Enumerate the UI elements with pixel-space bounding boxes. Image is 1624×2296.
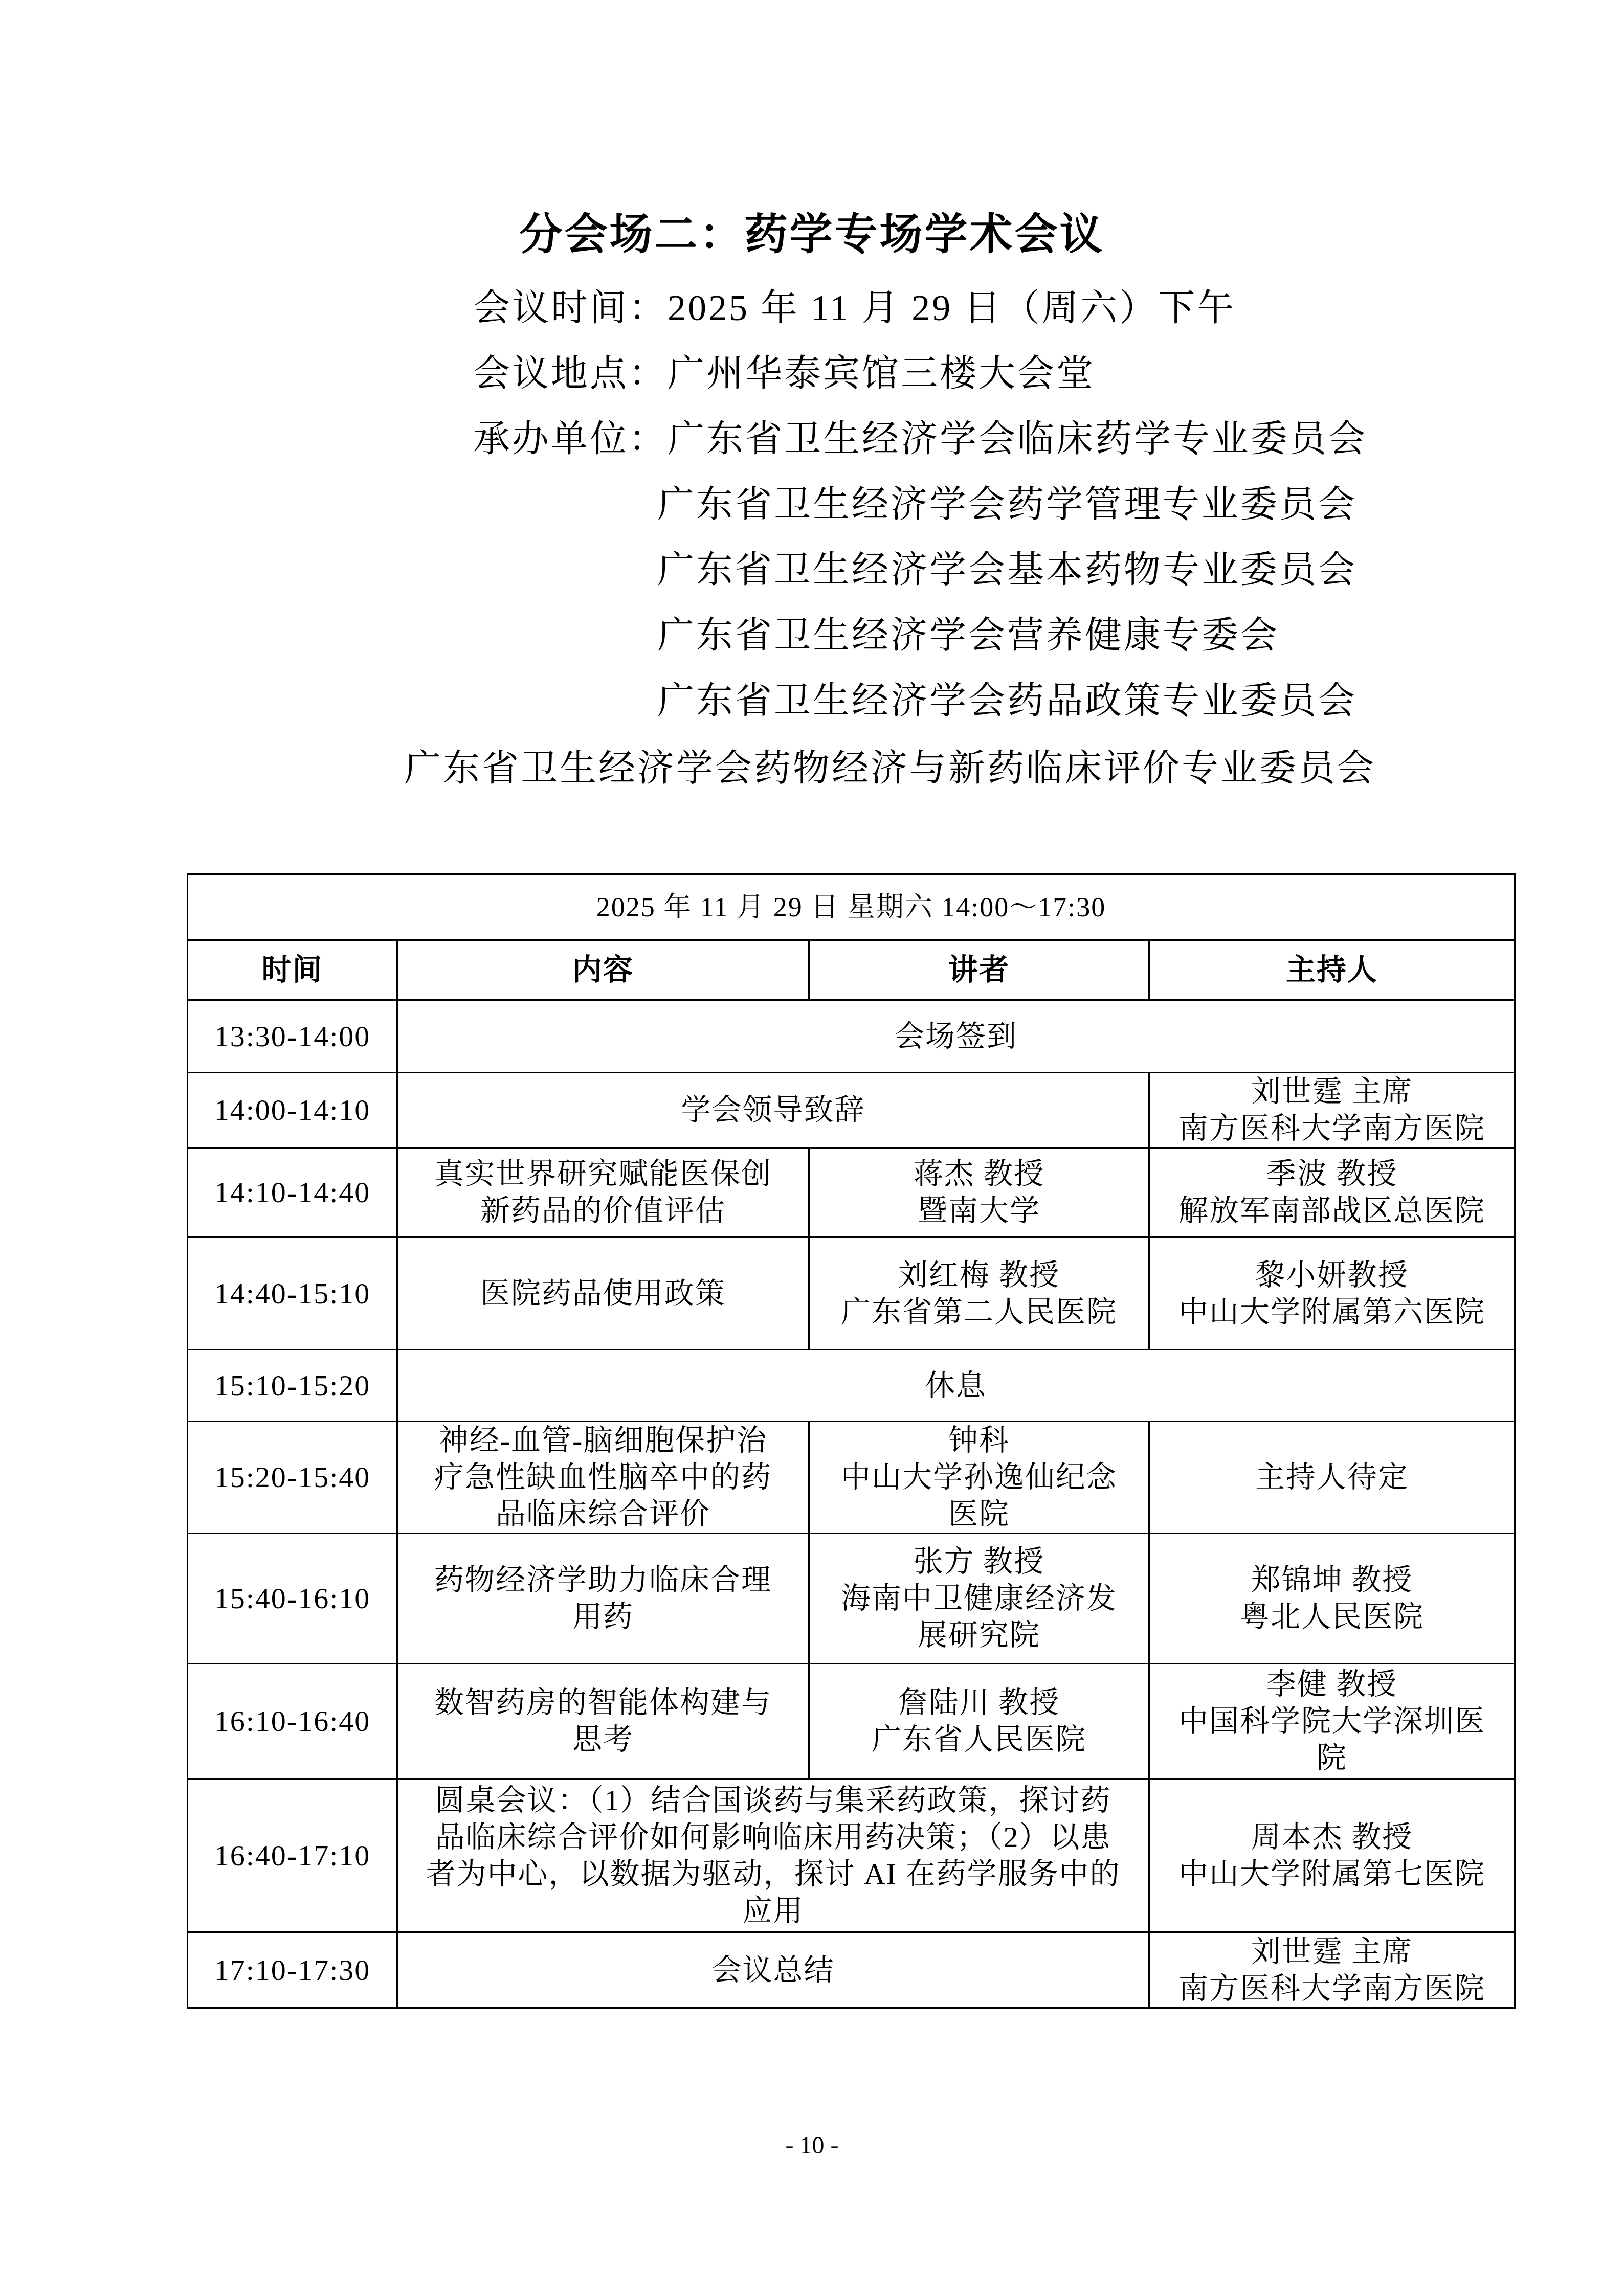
speaker-name: 詹陆川 教授 bbox=[817, 1684, 1141, 1721]
content-line: 数智药房的智能体构建与 bbox=[405, 1684, 801, 1721]
date-header: 2025 年 11 月 29 日 星期六 14:00～17:30 bbox=[188, 874, 1515, 940]
time-cell: 16:40-17:10 bbox=[188, 1779, 397, 1932]
host-name: 李健 教授 bbox=[1157, 1666, 1507, 1703]
time-cell: 13:30-14:00 bbox=[188, 1000, 397, 1073]
meeting-time: 会议时间：2025 年 11 月 29 日（周六）下午 bbox=[473, 282, 1236, 333]
host-affiliation: 粤北人民医院 bbox=[1157, 1599, 1507, 1635]
host-name: 季波 教授 bbox=[1157, 1156, 1507, 1192]
table-row: 15:40-16:10 药物经济学助力临床合理 用药 张方 教授 海南中卫健康经… bbox=[188, 1534, 1515, 1664]
content-line: 应用 bbox=[405, 1893, 1141, 1929]
content-line: 用药 bbox=[405, 1599, 801, 1635]
meeting-time-value: 2025 年 11 月 29 日（周六）下午 bbox=[668, 287, 1236, 328]
content-line: 真实世界研究赋能医保创 bbox=[405, 1156, 801, 1192]
page-title: 分会场二：药学专场学术会议 bbox=[0, 207, 1624, 263]
date-header-row: 2025 年 11 月 29 日 星期六 14:00～17:30 bbox=[188, 874, 1515, 940]
host-affiliation: 南方医科大学南方医院 bbox=[1157, 1970, 1507, 2007]
table-row: 14:40-15:10 医院药品使用政策 刘红梅 教授 广东省第二人民医院 黎小… bbox=[188, 1237, 1515, 1350]
host-cell: 主持人待定 bbox=[1149, 1422, 1515, 1534]
content-line: 疗急性缺血性脑卒中的药 bbox=[405, 1459, 801, 1496]
organizer-line-6: 广东省卫生经济学会药物经济与新药临床评价专业委员会 bbox=[404, 742, 1376, 794]
meeting-location-label: 会议地点： bbox=[473, 353, 668, 394]
host-affiliation: 南方医科大学南方医院 bbox=[1157, 1110, 1507, 1147]
time-cell: 15:20-15:40 bbox=[188, 1422, 397, 1534]
organizer-line-5: 广东省卫生经济学会药品政策专业委员会 bbox=[657, 675, 1357, 726]
col-header-time: 时间 bbox=[188, 940, 397, 1000]
speaker-cell: 张方 教授 海南中卫健康经济发 展研究院 bbox=[809, 1534, 1149, 1664]
host-name: 刘世霆 主席 bbox=[1157, 1073, 1507, 1110]
content-cell: 药物经济学助力临床合理 用药 bbox=[397, 1534, 809, 1664]
organizer-line-3: 广东省卫生经济学会基本药物专业委员会 bbox=[657, 544, 1357, 595]
time-cell: 17:10-17:30 bbox=[188, 1932, 397, 2008]
column-header-row: 时间 内容 讲者 主持人 bbox=[188, 940, 1515, 1000]
content-line: 品临床综合评价 bbox=[405, 1496, 801, 1533]
speaker-name: 蒋杰 教授 bbox=[817, 1156, 1141, 1192]
content-line: 者为中心，以数据为驱动，探讨 AI 在药学服务中的 bbox=[405, 1856, 1141, 1893]
speaker-cell: 詹陆川 教授 广东省人民医院 bbox=[809, 1664, 1149, 1779]
host-affiliation: 解放军南部战区总医院 bbox=[1157, 1192, 1507, 1229]
host-cell: 刘世霆 主席 南方医科大学南方医院 bbox=[1149, 1932, 1515, 2008]
table-row: 13:30-14:00 会场签到 bbox=[188, 1000, 1515, 1073]
table-row: 16:40-17:10 圆桌会议：（1）结合国谈药与集采药政策，探讨药 品临床综… bbox=[188, 1779, 1515, 1932]
organizers-label: 承办单位： bbox=[473, 418, 668, 459]
table-row: 17:10-17:30 会议总结 刘世霆 主席 南方医科大学南方医院 bbox=[188, 1932, 1515, 2008]
time-cell: 15:40-16:10 bbox=[188, 1534, 397, 1664]
host-cell: 郑锦坤 教授 粤北人民医院 bbox=[1149, 1534, 1515, 1664]
col-header-speaker: 讲者 bbox=[809, 940, 1149, 1000]
time-cell: 14:10-14:40 bbox=[188, 1148, 397, 1237]
speaker-name: 张方 教授 bbox=[817, 1543, 1141, 1580]
speaker-affiliation: 海南中卫健康经济发 bbox=[817, 1580, 1141, 1617]
speaker-affiliation: 医院 bbox=[817, 1496, 1141, 1533]
table-row: 16:10-16:40 数智药房的智能体构建与 思考 詹陆川 教授 广东省人民医… bbox=[188, 1664, 1515, 1779]
col-header-content: 内容 bbox=[397, 940, 809, 1000]
speaker-affiliation: 中山大学孙逸仙纪念 bbox=[817, 1459, 1141, 1496]
content-line: 神经-血管-脑细胞保护治 bbox=[405, 1422, 801, 1459]
col-header-host: 主持人 bbox=[1149, 940, 1515, 1000]
organizer-line-4: 广东省卫生经济学会营养健康专委会 bbox=[657, 610, 1279, 661]
content-line: 品临床综合评价如何影响临床用药决策；（2）以患 bbox=[405, 1819, 1141, 1856]
host-cell: 季波 教授 解放军南部战区总医院 bbox=[1149, 1148, 1515, 1237]
content-cell: 圆桌会议：（1）结合国谈药与集采药政策，探讨药 品临床综合评价如何影响临床用药决… bbox=[397, 1779, 1149, 1932]
time-cell: 14:40-15:10 bbox=[188, 1237, 397, 1350]
table-row: 14:00-14:10 学会领导致辞 刘世霆 主席 南方医科大学南方医院 bbox=[188, 1073, 1515, 1148]
content-line: 药物经济学助力临床合理 bbox=[405, 1562, 801, 1599]
content-line: 新药品的价值评估 bbox=[405, 1192, 801, 1229]
host-affiliation: 中国科学院大学深圳医 bbox=[1157, 1703, 1507, 1740]
speaker-name: 钟科 bbox=[817, 1422, 1141, 1459]
content-cell: 休息 bbox=[397, 1350, 1515, 1422]
speaker-cell: 刘红梅 教授 广东省第二人民医院 bbox=[809, 1237, 1149, 1350]
host-name: 郑锦坤 教授 bbox=[1157, 1562, 1507, 1599]
host-name: 刘世霆 主席 bbox=[1157, 1933, 1507, 1970]
host-affiliation: 院 bbox=[1157, 1740, 1507, 1776]
content-cell: 数智药房的智能体构建与 思考 bbox=[397, 1664, 809, 1779]
speaker-affiliation: 暨南大学 bbox=[817, 1192, 1141, 1229]
content-line: 圆桌会议：（1）结合国谈药与集采药政策，探讨药 bbox=[405, 1782, 1141, 1819]
time-cell: 14:00-14:10 bbox=[188, 1073, 397, 1148]
content-cell: 神经-血管-脑细胞保护治 疗急性缺血性脑卒中的药 品临床综合评价 bbox=[397, 1422, 809, 1534]
content-cell: 会议总结 bbox=[397, 1932, 1149, 2008]
host-name: 周本杰 教授 bbox=[1157, 1819, 1507, 1856]
content-cell: 医院药品使用政策 bbox=[397, 1237, 809, 1350]
host-affiliation: 中山大学附属第六医院 bbox=[1157, 1294, 1507, 1331]
table-row: 15:10-15:20 休息 bbox=[188, 1350, 1515, 1422]
content-cell: 会场签到 bbox=[397, 1000, 1515, 1073]
speaker-affiliation: 广东省人民医院 bbox=[817, 1721, 1141, 1758]
content-cell: 真实世界研究赋能医保创 新药品的价值评估 bbox=[397, 1148, 809, 1237]
host-cell: 黎小妍教授 中山大学附属第六医院 bbox=[1149, 1237, 1515, 1350]
page-number: - 10 - bbox=[0, 2131, 1624, 2159]
host-cell: 李健 教授 中国科学院大学深圳医 院 bbox=[1149, 1664, 1515, 1779]
host-name: 黎小妍教授 bbox=[1157, 1257, 1507, 1294]
organizer-line-2: 广东省卫生经济学会药学管理专业委员会 bbox=[657, 479, 1357, 530]
organizer-name: 广东省卫生经济学会临床药学专业委员会 bbox=[668, 418, 1367, 459]
time-cell: 16:10-16:40 bbox=[188, 1664, 397, 1779]
host-affiliation: 中山大学附属第七医院 bbox=[1157, 1856, 1507, 1893]
content-line: 思考 bbox=[405, 1721, 801, 1758]
meeting-time-label: 会议时间： bbox=[473, 287, 668, 328]
table-row: 15:20-15:40 神经-血管-脑细胞保护治 疗急性缺血性脑卒中的药 品临床… bbox=[188, 1422, 1515, 1534]
speaker-affiliation: 展研究院 bbox=[817, 1617, 1141, 1654]
organizer-line-1: 承办单位：广东省卫生经济学会临床药学专业委员会 bbox=[473, 413, 1367, 464]
speaker-cell: 钟科 中山大学孙逸仙纪念 医院 bbox=[809, 1422, 1149, 1534]
time-cell: 15:10-15:20 bbox=[188, 1350, 397, 1422]
speaker-affiliation: 广东省第二人民医院 bbox=[817, 1294, 1141, 1331]
meeting-location-value: 广州华泰宾馆三楼大会堂 bbox=[668, 353, 1095, 394]
host-cell: 周本杰 教授 中山大学附属第七医院 bbox=[1149, 1779, 1515, 1932]
speaker-cell: 蒋杰 教授 暨南大学 bbox=[809, 1148, 1149, 1237]
schedule-table: 2025 年 11 月 29 日 星期六 14:00～17:30 时间 内容 讲… bbox=[187, 873, 1516, 2009]
content-cell: 学会领导致辞 bbox=[397, 1073, 1149, 1148]
speaker-name: 刘红梅 教授 bbox=[817, 1257, 1141, 1294]
host-cell: 刘世霆 主席 南方医科大学南方医院 bbox=[1149, 1073, 1515, 1148]
meeting-location: 会议地点：广州华泰宾馆三楼大会堂 bbox=[473, 348, 1095, 399]
table-row: 14:10-14:40 真实世界研究赋能医保创 新药品的价值评估 蒋杰 教授 暨… bbox=[188, 1148, 1515, 1237]
